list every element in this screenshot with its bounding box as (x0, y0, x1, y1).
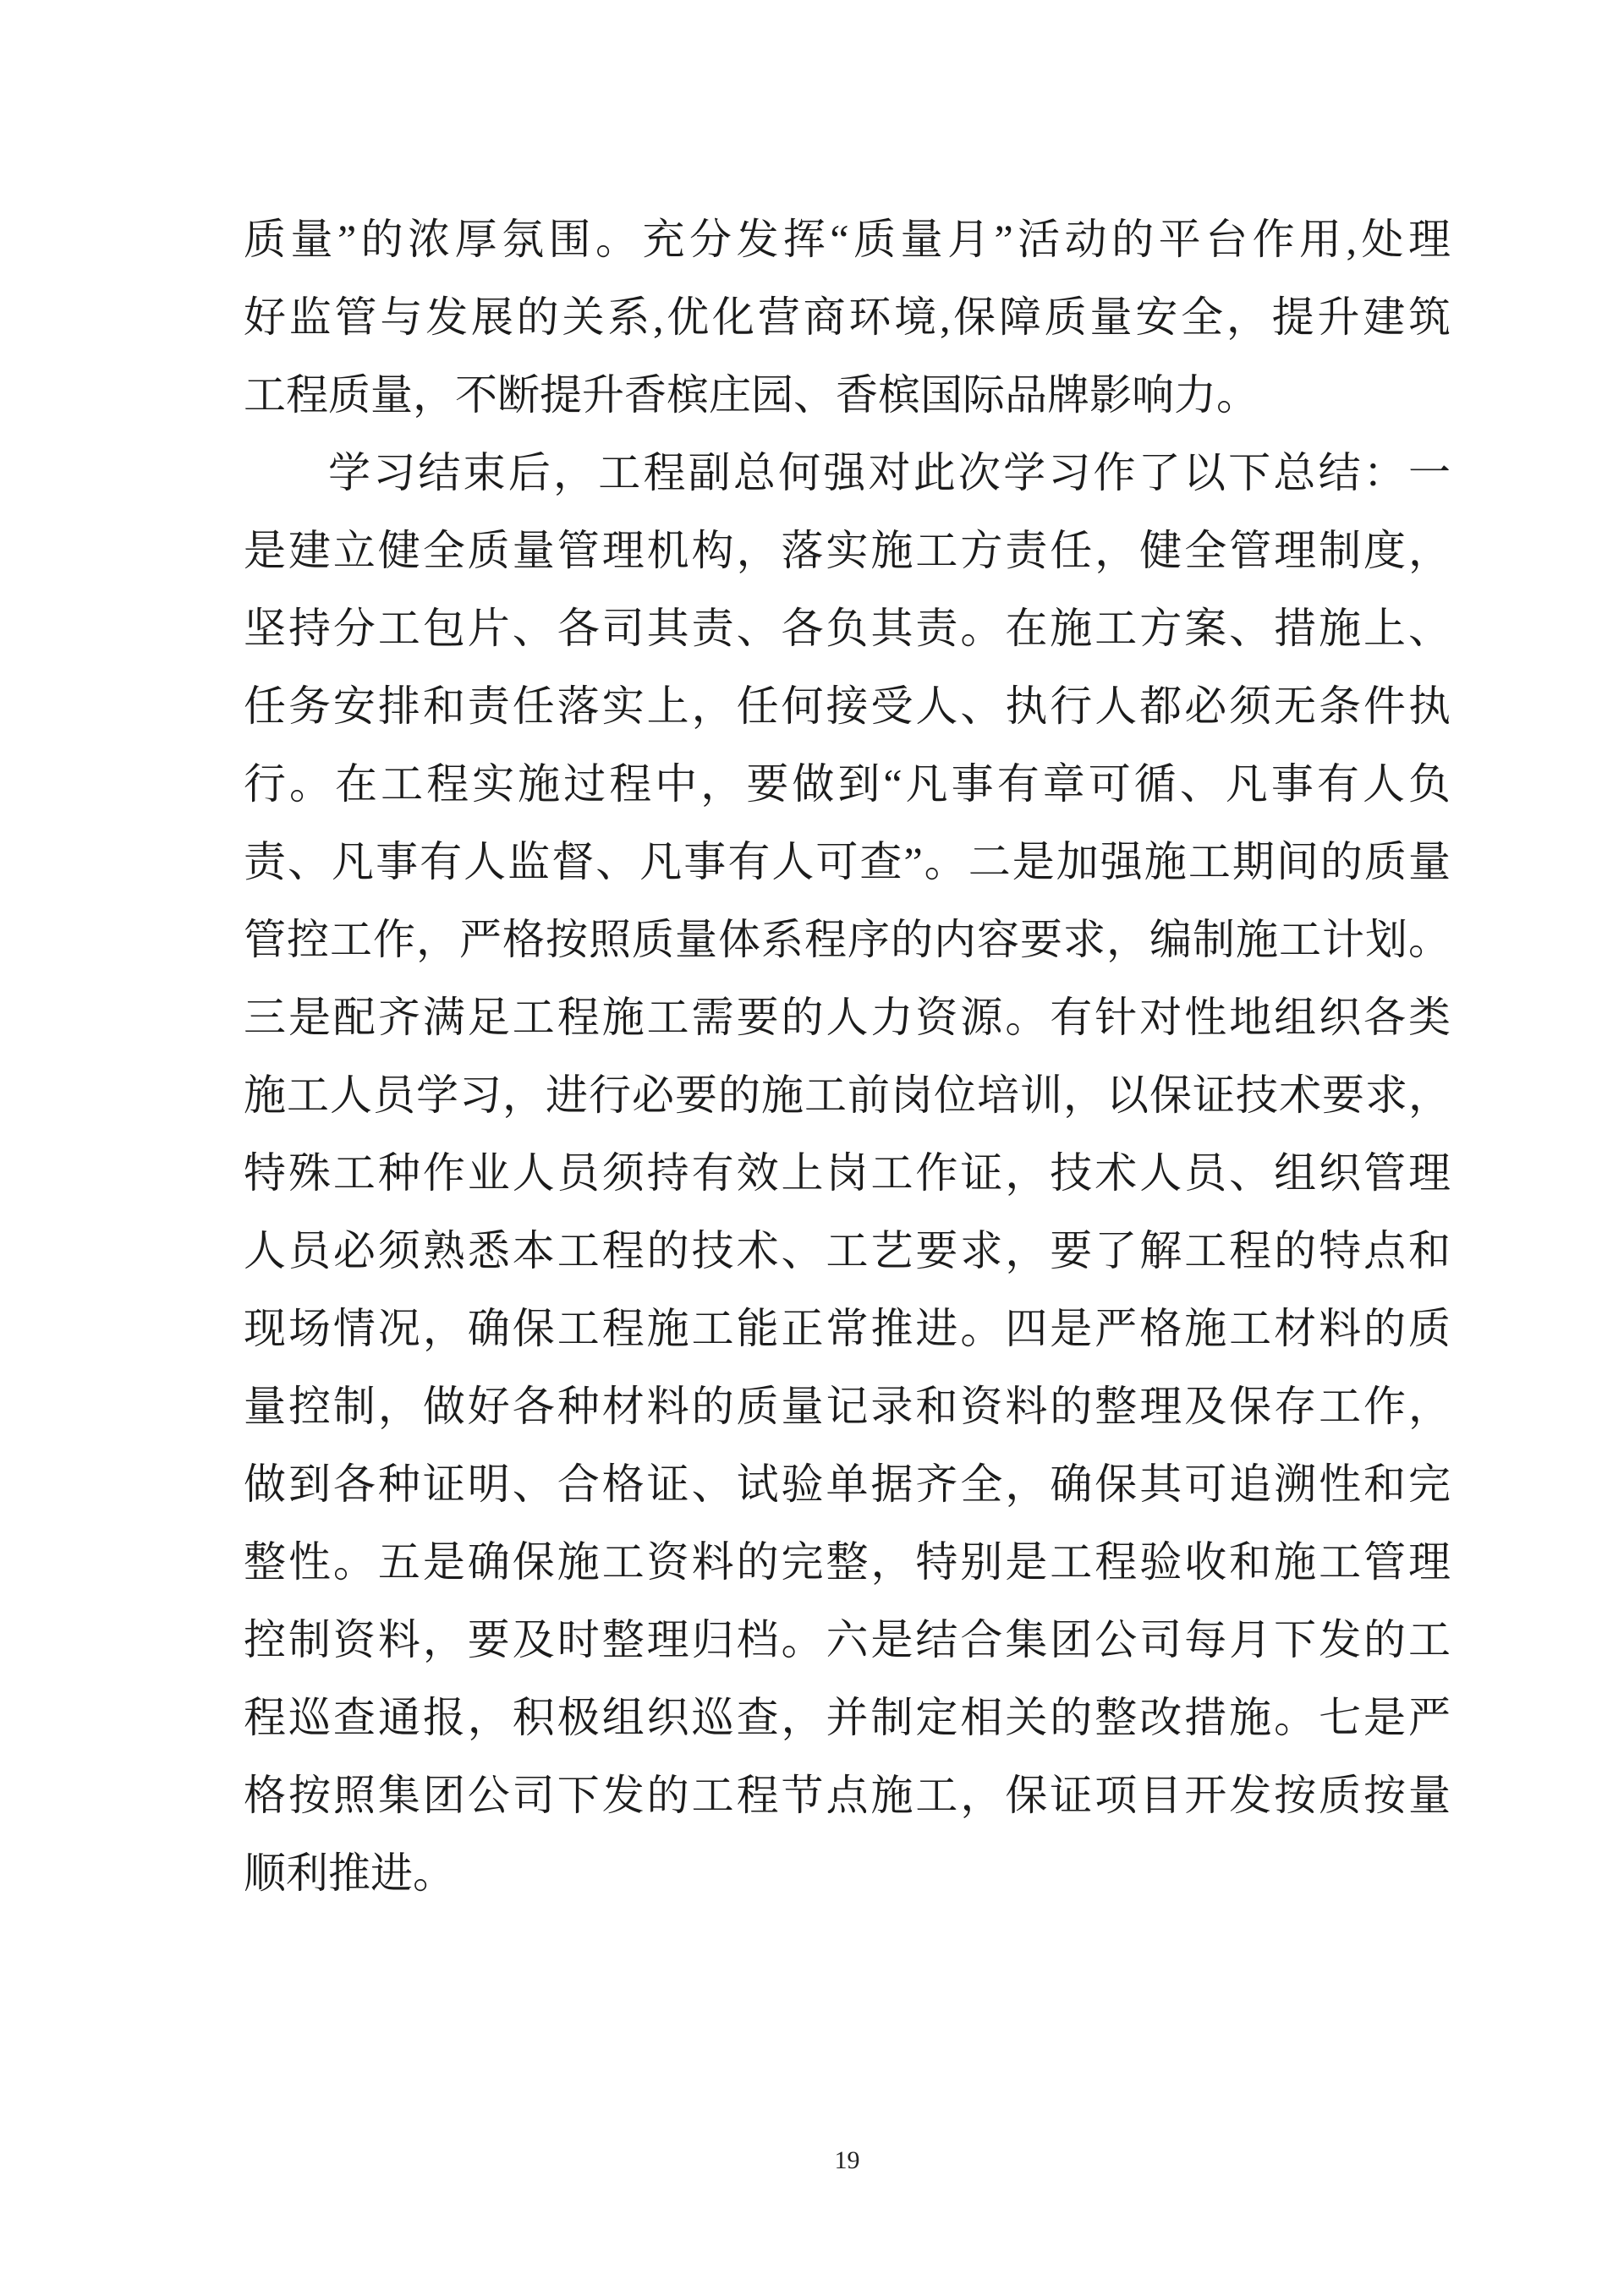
text-line: 管控工作，严格按照质量体系程序的内容要求，编制施工计划。 (244, 901, 1451, 978)
text-line: 格按照集团公司下发的工程节点施工，保证项目开发按质按量 (244, 1756, 1451, 1834)
text-line: 工程质量，不断提升香槟庄园、香槟国际品牌影响力。 (244, 356, 1451, 434)
text-line: 行。在工程实施过程中，要做到“凡事有章可循、凡事有人负 (244, 745, 1451, 823)
text-line: 做到各种证明、合格证、试验单据齐全，确保其可追溯性和完 (244, 1445, 1451, 1523)
text-line: 控制资料，要及时整理归档。六是结合集团公司每月下发的工 (244, 1601, 1451, 1679)
text-line: 学习结束后，工程副总何强对此次学习作了以下总结：一 (244, 434, 1451, 512)
text-line: 整性。五是确保施工资料的完整，特别是工程验收和施工管理 (244, 1523, 1451, 1601)
text-line: 程巡查通报，积极组织巡查，并制定相关的整改措施。七是严 (244, 1679, 1451, 1756)
page-number: 19 (244, 2146, 1451, 2175)
document-page: 质量”的浓厚氛围。充分发挥“质量月”活动的平台作用,处理好监管与发展的关系,优化… (0, 0, 1624, 2296)
text-line: 质量”的浓厚氛围。充分发挥“质量月”活动的平台作用,处理 (244, 200, 1451, 278)
text-line: 坚持分工包片、各司其责、各负其责。在施工方案、措施上、 (244, 589, 1451, 667)
text-line: 好监管与发展的关系,优化营商环境,保障质量安全，提升建筑 (244, 278, 1451, 356)
text-line: 责、凡事有人监督、凡事有人可查”。二是加强施工期间的质量 (244, 823, 1451, 901)
text-line: 量控制，做好各种材料的质量记录和资料的整理及保存工作， (244, 1367, 1451, 1445)
text-line: 任务安排和责任落实上，任何接受人、执行人都必须无条件执 (244, 667, 1451, 745)
text-line: 现场情况，确保工程施工能正常推进。四是严格施工材料的质 (244, 1290, 1451, 1367)
text-line: 顺利推进。 (244, 1834, 1451, 1912)
text-line: 是建立健全质量管理机构，落实施工方责任，健全管理制度， (244, 512, 1451, 589)
text-line: 三是配齐满足工程施工需要的人力资源。有针对性地组织各类 (244, 978, 1451, 1056)
text-line: 施工人员学习，进行必要的施工前岗位培训，以保证技术要求， (244, 1056, 1451, 1134)
text-line: 人员必须熟悉本工程的技术、工艺要求，要了解工程的特点和 (244, 1212, 1451, 1290)
body-text: 质量”的浓厚氛围。充分发挥“质量月”活动的平台作用,处理好监管与发展的关系,优化… (244, 200, 1451, 1912)
text-line: 特殊工种作业人员须持有效上岗工作证，技术人员、组织管理 (244, 1134, 1451, 1212)
